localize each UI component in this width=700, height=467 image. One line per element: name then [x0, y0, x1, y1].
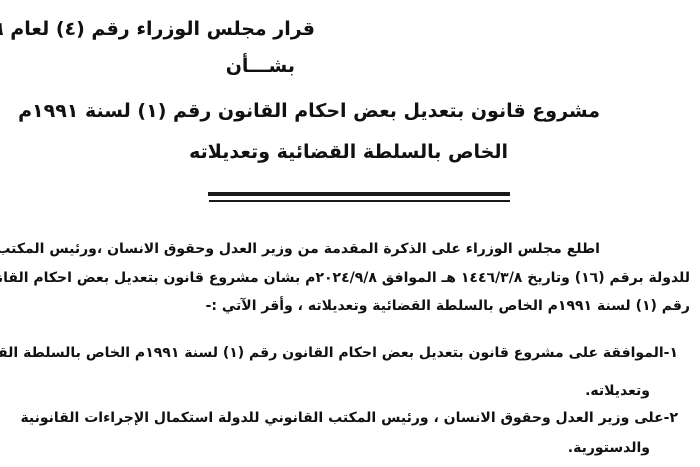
separator-thin-line	[209, 200, 510, 202]
item-1-number: ١-	[664, 345, 678, 361]
preamble-line-2: للدولة برقم (١٦) وتاريخ ١٤٤٦/٣/٨ هـ المو…	[0, 270, 690, 286]
preamble-line-1: اطلع مجلس الوزراء على الذكرة المقدمة من …	[0, 241, 600, 257]
subject-line-2: الخاص بالسلطة القضائية وتعديلاته	[189, 141, 508, 163]
item-1: ١-الموافقة على مشروع قانون بتعديل بعض اح…	[0, 345, 678, 361]
subject-line-1: مشروع قانون بتعديل بعض احكام القانون رقم…	[18, 100, 600, 122]
decision-title: قرار مجلس الوزراء رقم (٤) لعام ١٤٤٦هـ	[0, 18, 315, 40]
item-2: ٢-على وزير العدل وحقوق الانسان ، ورئيس ا…	[20, 410, 678, 426]
item-2-text: على وزير العدل وحقوق الانسان ، ورئيس الم…	[20, 410, 663, 426]
preamble-line-3: رقم (١) لسنة ١٩٩١م الخاص بالسلطة القضائي…	[206, 298, 690, 314]
item-1-continuation: وتعديلاته.	[585, 383, 650, 399]
regarding-label: بشـــأن	[226, 55, 295, 77]
separator-thick-line	[208, 192, 510, 196]
item-2-number: ٢-	[664, 410, 678, 426]
item-2-continuation: والدستورية.	[568, 440, 650, 456]
item-1-text: الموافقة على مشروع قانون بتعديل بعض احكا…	[0, 345, 664, 361]
